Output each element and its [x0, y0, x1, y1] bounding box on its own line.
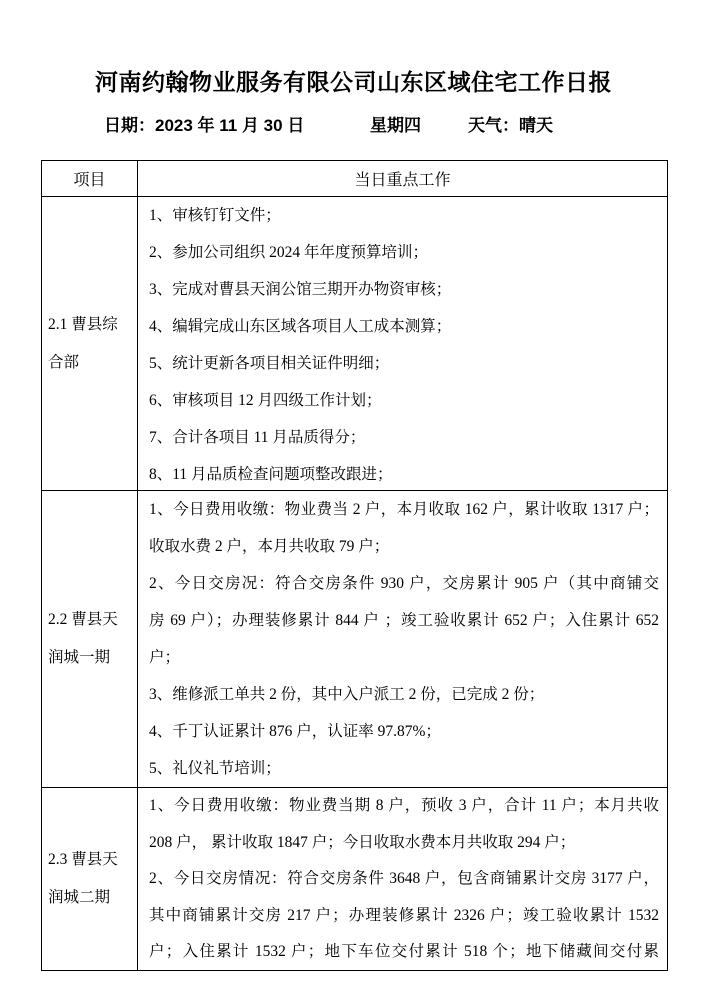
date-field: 日期：2023 年 11 月 30 日: [104, 112, 304, 140]
work-item-line: 1、今日费用收缴：物业费当期 8 户，预收 3 户，合计 11 户；本月共收: [149, 788, 659, 825]
work-item-line: 8、11 月品质检查问题项整改跟进；: [149, 456, 659, 490]
work-item-line: 2、参加公司组织 2024 年年度预算培训；: [149, 234, 659, 271]
work-item-line: 2、今日交房况：符合交房条件 930 户，交房累计 905 户（其中商铺交: [149, 565, 659, 602]
work-item-line: 户；: [149, 639, 659, 676]
work-item-line: 4、编辑完成山东区域各项目人工成本测算；: [149, 308, 659, 345]
row-label: 2.2 曹县天 润城一期: [48, 601, 118, 677]
row-label-cell: 2.3 曹县天 润城二期: [42, 788, 138, 970]
row-work-cell: 1、今日费用收缴：物业费当 2 户，本月收取 162 户，累计收取 1317 户…: [138, 491, 667, 787]
row-work-cell: 1、审核钉钉文件； 2、参加公司组织 2024 年年度预算培训； 3、完成对曹县…: [138, 197, 667, 490]
table-row-tianrun-phase2: 2.3 曹县天 润城二期 1、今日费用收缴：物业费当期 8 户，预收 3 户，合…: [42, 787, 667, 970]
row-work-cell: 1、今日费用收缴：物业费当期 8 户，预收 3 户，合计 11 户；本月共收 2…: [138, 788, 667, 970]
row-label: 2.3 曹县天 润城二期: [48, 841, 118, 917]
work-item-line: 6、审核项目 12 月四级工作计划；: [149, 382, 659, 419]
weekday-field: 星期四: [370, 112, 421, 140]
row-label-cell: 2.1 曹县综 合部: [42, 197, 138, 490]
work-item-line: 3、完成对曹县天润公馆三期开办物资审核；: [149, 271, 659, 308]
work-item-line: 房 69 户）；办理装修累计 844 户 ；竣工验收累计 652 户；入住累计 …: [149, 602, 659, 639]
work-item-line: 1、审核钉钉文件；: [149, 197, 659, 234]
work-item-line: 4、千丁认证累计 876 户，认证率 97.87%；: [149, 713, 659, 750]
table-header-row: 项目 当日重点工作: [42, 161, 667, 196]
table-row-caoxian-zonghebu: 2.1 曹县综 合部 1、审核钉钉文件； 2、参加公司组织 2024 年年度预算…: [42, 196, 667, 490]
work-item-line: 3、维修派工单共 2 份，其中入户派工 2 份，已完成 2 份；: [149, 676, 659, 713]
weather-field: 天气：晴天: [468, 112, 553, 140]
work-item-line: 其中商铺累计交房 217 户；办理装修累计 2326 户；竣工验收累计 1532: [149, 898, 659, 935]
header-cell-project: 项目: [42, 161, 138, 196]
row-label: 2.1 曹县综 合部: [48, 306, 118, 382]
work-item-line: 收取水费 2 户，本月共收取 79 户；: [149, 528, 659, 565]
document-page: 河南约翰物业服务有限公司山东区域住宅工作日报 日期：2023 年 11 月 30…: [0, 0, 707, 999]
work-item-line: 208 户， 累计收取 1847 户；今日收取水费本月共收取 294 户；: [149, 825, 659, 862]
daily-report-table: 项目 当日重点工作 2.1 曹县综 合部 1、审核钉钉文件； 2、参加公司组织 …: [41, 160, 668, 971]
page-title: 河南约翰物业服务有限公司山东区域住宅工作日报: [0, 67, 707, 97]
row-label-cell: 2.2 曹县天 润城一期: [42, 491, 138, 787]
work-item-line: 2、今日交房情况：符合交房条件 3648 户，包含商铺累计交房 3177 户，: [149, 861, 659, 898]
table-row-tianrun-phase1: 2.2 曹县天 润城一期 1、今日费用收缴：物业费当 2 户，本月收取 162 …: [42, 490, 667, 787]
work-item-line: 5、礼仪礼节培训；: [149, 750, 659, 787]
header-cell-key-work: 当日重点工作: [138, 161, 667, 196]
work-item-line: 1、今日费用收缴：物业费当 2 户，本月收取 162 户，累计收取 1317 户…: [149, 491, 659, 528]
work-item-line: 户；入住累计 1532 户；地下车位交付累计 518 个；地下储藏间交付累: [149, 934, 659, 970]
meta-line: 日期：2023 年 11 月 30 日 星期四 天气：晴天: [0, 112, 707, 140]
work-item-line: 7、合计各项目 11 月品质得分；: [149, 419, 659, 456]
work-item-line: 5、统计更新各项目相关证件明细；: [149, 345, 659, 382]
